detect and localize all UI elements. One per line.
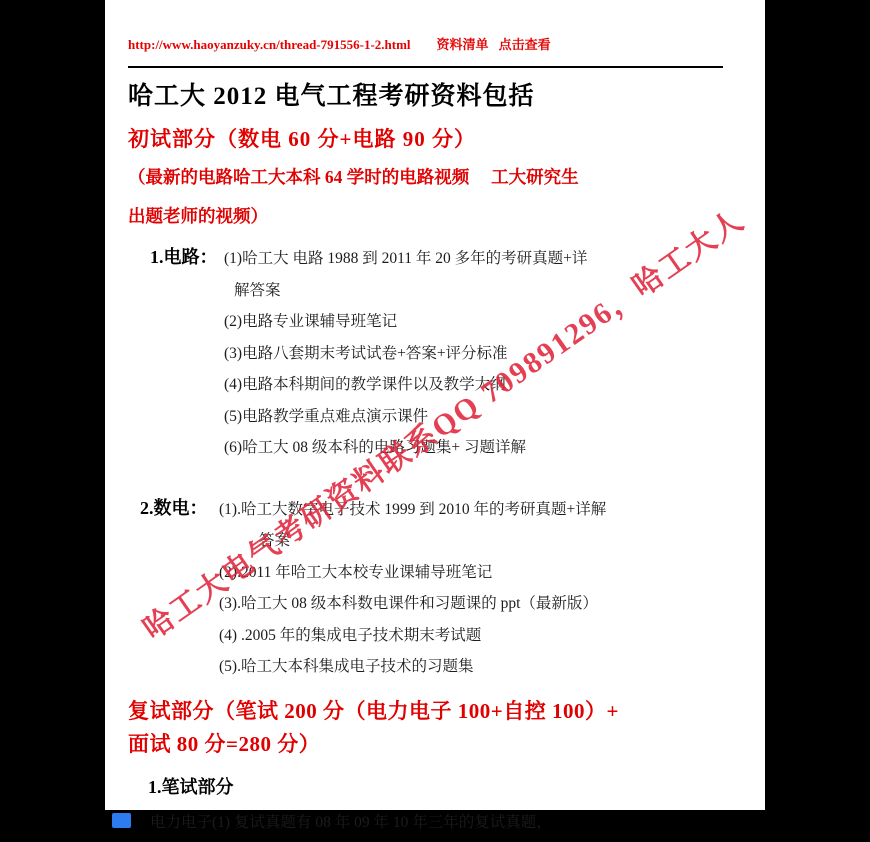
digital-item-list: 答案(2).2011 年哈工大本校专业课辅导班笔记(3).哈工大 08 级本科数… <box>219 527 745 685</box>
list-item: (4)电路本科期间的教学课件以及教学大纲 <box>224 371 745 403</box>
circuit-section: 1.电路： (1)哈工大 电路 1988 到 2011 年 20 多年的考研真题… <box>128 243 745 466</box>
second-exam-heading: 复试部分（笔试 200 分（电力电子 100+自控 100）+ 面试 80 分=… <box>128 695 745 761</box>
materials-list-label[interactable]: 资料清单 <box>437 37 489 52</box>
first-exam-note-line2: 出题老师的视频） <box>128 201 745 231</box>
document-title: 哈工大 2012 电气工程考研资料包括 <box>128 76 745 112</box>
circuit-item-list: 解答案(2)电路专业课辅导班笔记(3)电路八套期末考试试卷+答案+评分标准(4)… <box>224 277 745 466</box>
list-item: 答案 <box>259 527 745 559</box>
circuit-item-1: (1)哈工大 电路 1988 到 2011 年 20 多年的考研真题+详 <box>224 245 587 277</box>
list-item: (5).哈工大本科集成电子技术的习题集 <box>219 653 745 685</box>
power-electronics-line: 电力电子(1) 复试真题有 08 年 09 年 10 年三年的复试真题， <box>150 810 745 832</box>
list-item: (2).2011 年哈工大本校专业课辅导班笔记 <box>219 559 745 591</box>
header-link-line: http://www.haoyanzuky.cn/thread-791556-1… <box>128 34 745 53</box>
first-exam-note-line1: （最新的电路哈工大本科 64 学时的电路视频 工大研究生 <box>128 162 745 192</box>
list-item: (5)电路教学重点难点演示课件 <box>224 403 745 435</box>
second-exam-heading-line1: 复试部分（笔试 200 分（电力电子 100+自控 100）+ <box>128 695 745 728</box>
digital-first-row: 2.数电： (1).哈工大数字电子技术 1999 到 2010 年的考研真题+详… <box>128 494 745 528</box>
circuit-section-label: 1.电路： <box>150 243 224 269</box>
list-item: (3)电路八套期末考试试卷+答案+评分标准 <box>224 340 745 372</box>
written-test-subheading: 1.笔试部分 <box>148 773 745 799</box>
source-url-link[interactable]: http://www.haoyanzuky.cn/thread-791556-1… <box>128 37 411 52</box>
list-item: (6)哈工大 08 级本科的电路习题集+ 习题详解 <box>224 434 745 466</box>
document-page: http://www.haoyanzuky.cn/thread-791556-1… <box>105 0 765 810</box>
second-exam-heading-line2: 面试 80 分=280 分） <box>128 728 745 761</box>
list-item: 解答案 <box>234 277 745 309</box>
image-viewer-background: http://www.haoyanzuky.cn/thread-791556-1… <box>0 0 870 842</box>
header-divider <box>128 66 723 68</box>
digital-section: 2.数电： (1).哈工大数字电子技术 1999 到 2010 年的考研真题+详… <box>128 494 745 685</box>
viewer-blue-indicator-icon[interactable] <box>112 813 131 828</box>
list-item: (3).哈工大 08 级本科数电课件和习题课的 ppt（最新版） <box>219 590 745 622</box>
digital-section-label: 2.数电： <box>140 494 219 520</box>
digital-item-1: (1).哈工大数字电子技术 1999 到 2010 年的考研真题+详解 <box>219 496 606 528</box>
list-item: (4) .2005 年的集成电子技术期末考试题 <box>219 622 745 654</box>
click-to-view-link[interactable]: 点击查看 <box>499 37 551 52</box>
list-item: (2)电路专业课辅导班笔记 <box>224 308 745 340</box>
first-exam-heading: 初试部分（数电 60 分+电路 90 分） <box>128 123 745 153</box>
circuit-first-row: 1.电路： (1)哈工大 电路 1988 到 2011 年 20 多年的考研真题… <box>128 243 745 277</box>
